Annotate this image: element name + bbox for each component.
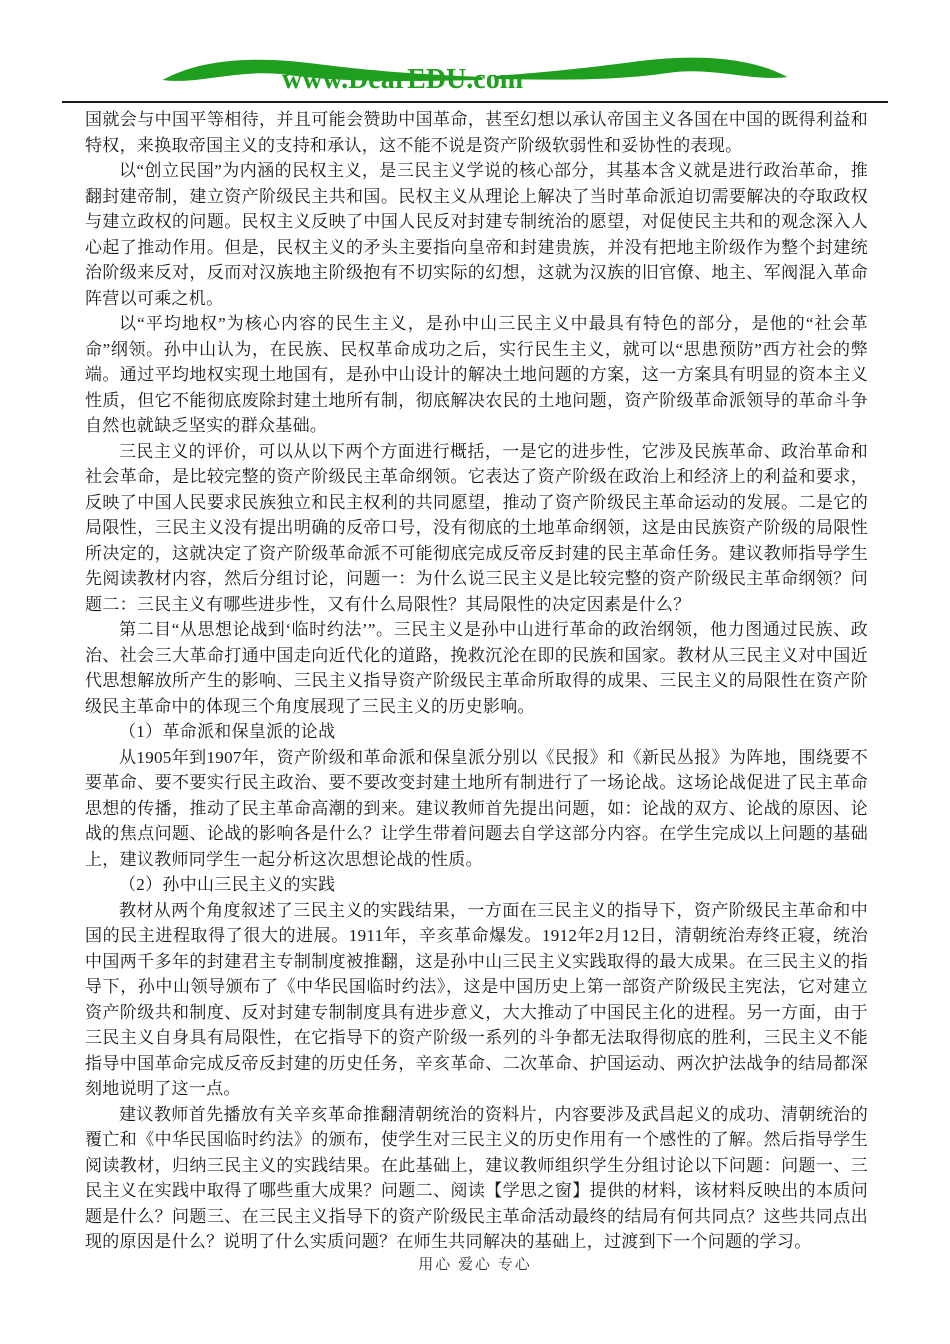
paragraph: （1）革命派和保皇派的论战 (85, 719, 868, 745)
page-footer: 用心 爱心 专心 (0, 1253, 950, 1274)
logo-text: www.DearEDU.com (282, 64, 523, 95)
paragraph: 国就会与中国平等相待，并且可能会赞助中国革命，甚至幻想以承认帝国主义各国在中国的… (85, 107, 868, 158)
paragraph: 三民主义的评价，可以从以下两个方面进行概括，一是它的进步性，它涉及民族革命、政治… (85, 439, 868, 618)
page: www.DearEDU.com 国就会与中国平等相待，并且可能会赞助中国革命，甚… (0, 0, 950, 1344)
dearedu-logo: www.DearEDU.com (160, 50, 790, 100)
paragraph: 第二目“从思想论战到‘临时约法’”。三民主义是孙中山进行革命的政治纲领，他力图通… (85, 617, 868, 719)
paragraph: 建议教师首先播放有关辛亥革命推翻清朝统治的资料片，内容要涉及武昌起义的成功、清朝… (85, 1102, 868, 1255)
logo-right-swoosh-icon (495, 58, 788, 80)
paragraph: 从1905年到1907年，资产阶级和革命派和保皇派分别以《民报》和《新民丛报》为… (85, 745, 868, 873)
paragraph: 以“创立民国”为内涵的民权主义，是三民主义学说的核心部分，其基本含义就是进行政治… (85, 158, 868, 311)
paragraph: 以“平均地权”为核心内容的民生主义，是孙中山三民主义中最具有特色的部分，是他的“… (85, 311, 868, 439)
document-body: 国就会与中国平等相待，并且可能会赞助中国革命，甚至幻想以承认帝国主义各国在中国的… (85, 107, 868, 1255)
header-divider (62, 101, 888, 103)
paragraph: （2）孙中山三民主义的实践 (85, 872, 868, 898)
paragraph: 教材从两个角度叙述了三民主义的实践结果，一方面在三民主义的指导下，资产阶级民主革… (85, 898, 868, 1102)
